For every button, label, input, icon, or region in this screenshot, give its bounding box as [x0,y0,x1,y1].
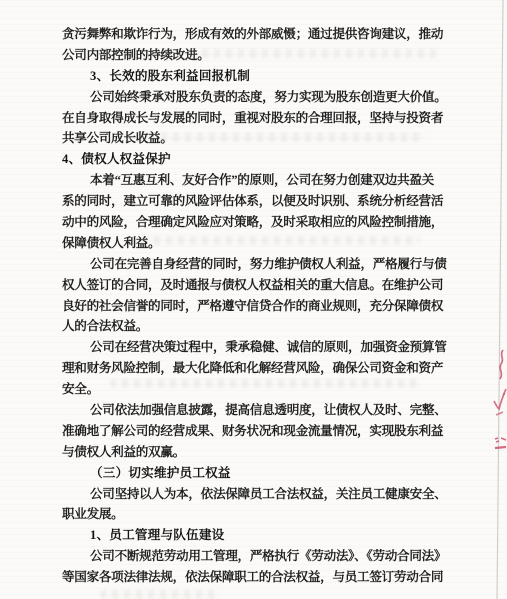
section-heading: （三）切实维护员工权益 [62,463,450,484]
text-line: 公司内部控制的持续改进。 [62,45,450,66]
red-annotation-check-icon [493,386,507,419]
text-line: 公司坚持以人为本，依法保障员工合法权益，关注员工健康安全、 [62,484,450,505]
text-line: 共享公司成长收益。 [62,128,450,149]
text-line: 与债权人利益的双赢。 [62,442,450,463]
text-line: 动中的风险，合理确定风险应对策略，及时采取相应的风险控制措施， [62,212,450,233]
text-line: 公司依法加强信息披露，提高信息透明度，让债权人及时、完整、 [62,400,450,421]
text-line: 系的同时，建立可靠的风险评估体系，以便及时识别、系统分析经营活 [62,191,450,212]
text-line: 公司在经营决策过程中，秉承稳健、诚信的原则，加强资金预算管 [62,337,450,358]
scan-smudge [100,590,220,599]
red-annotation-scribble-icon [493,436,507,453]
text-line: 准确地了解公司的经营成果、财务状况和现金流量情况，实现股东利益 [62,421,450,442]
text-line: 在自身取得成长与发展的同时，重视对股东的合理回报，坚持与投资者 [62,108,450,129]
text-line: 等国家各项法律法规，依法保障职工的合法权益，与员工签订劳动合同 [62,567,450,588]
section-heading: 4、债权人权益保护 [62,149,450,170]
text-line: 公司在完善自身经营的同时，努力维护债权人利益，严格履行与债 [62,254,450,275]
section-heading: 3、长效的股东利益回报机制 [62,66,450,87]
text-line: 公司始终秉承对股东负责的态度，努力实现为股东创造更大价值。 [62,87,450,108]
document-page: 贪污舞弊和欺诈行为，形成有效的外部威慑；通过提供咨询建议，推动 公司内部控制的持… [0,0,507,599]
text-block: 贪污舞弊和欺诈行为，形成有效的外部威慑；通过提供咨询建议，推动 公司内部控制的持… [62,24,450,588]
text-line: 保障债权人利益。 [62,233,450,254]
text-line: 人的合法权益。 [62,316,450,337]
text-line: 职业发展。 [62,504,450,525]
text-line: 本着“互惠互利、友好合作”的原则，公司在努力创建双边共盈关 [62,170,450,191]
text-line: 权人签订的合同，及时通报与债权人权益相关的重大信息。在维护公司 [62,275,450,296]
text-line: 贪污舞弊和欺诈行为，形成有效的外部威慑；通过提供咨询建议，推动 [62,24,450,45]
text-line: 良好的社会信誉的同时，严格遵守信贷合作的商业规则，充分保障债权 [62,296,450,317]
text-line: 安全。 [62,379,450,400]
section-heading: 1、员工管理与队伍建设 [62,525,450,546]
text-line: 公司不断规范劳动用工管理，严格执行《劳动法》、《劳动合同法》 [62,546,450,567]
text-line: 理和财务风险控制，最大化降低和化解经营风险，确保公司资金和资产 [62,358,450,379]
red-annotation-squiggle-icon [496,349,507,380]
